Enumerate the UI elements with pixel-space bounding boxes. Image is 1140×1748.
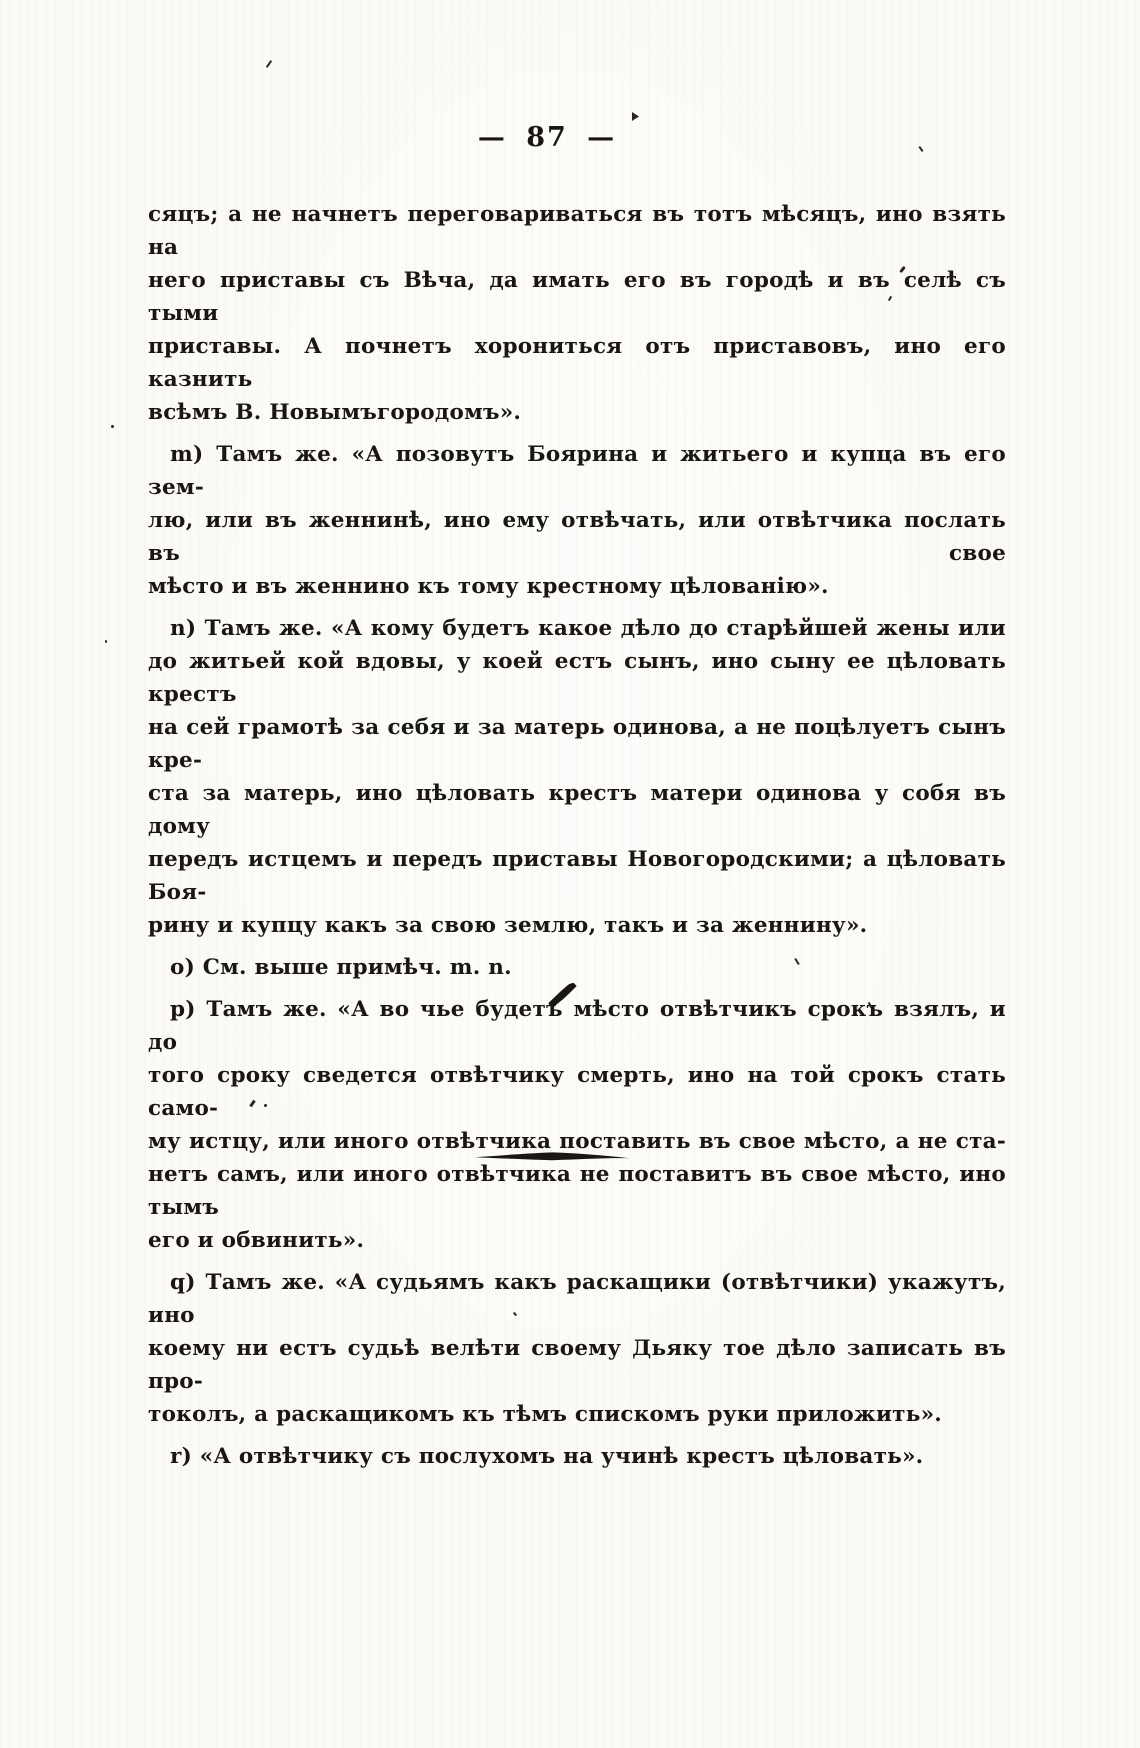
text-line: q) Тамъ же. «А судьямъ какъ раскащики (о… [148,1266,1006,1332]
paragraph-note-o: о) См. выше примѣч. m. n. [148,951,1006,984]
text-line: ста за матерь, ино цѣловать крестъ матер… [148,777,1006,843]
text-line: n) Тамъ же. «А кому будетъ какое дѣло до… [148,612,1006,645]
paragraph-note-r: r) «А отвѣтчику съ послухомъ на учинѣ кр… [148,1440,1006,1473]
text-line: токолъ, а раскащикомъ къ тѣмъ спискомъ р… [148,1398,1006,1431]
text-line: r) «А отвѣтчику съ послухомъ на учинѣ кр… [148,1440,1006,1473]
paragraph-note-n: n) Тамъ же. «А кому будетъ какое дѣло до… [148,612,1006,942]
text-line: лю, или въ женнинѣ, ино ему отвѣчать, ил… [148,504,1006,570]
text-line: нетъ самъ, или иного отвѣтчика не постав… [148,1158,1006,1224]
text-line: m) Тамъ же. «А позовутъ Боярина и житьег… [148,438,1006,504]
text-line: всѣмъ В. Новымъгородомъ». [148,396,1006,429]
text-line: на сей грамотѣ за себя и за матерь одино… [148,711,1006,777]
text-line: передъ истцемъ и передъ приставы Новогор… [148,843,1006,909]
text-line: p) Тамъ же. «А во чье будетъ мѣсто отвѣт… [148,993,1006,1059]
paragraph-note-m: m) Тамъ же. «А позовутъ Боярина и житьег… [148,438,1006,603]
section-divider-rule [475,1149,629,1165]
speck [264,1104,267,1107]
book-page: — 87 — сяцъ; а не начнетъ переговаривать… [0,0,1140,1748]
speck [918,146,923,152]
text-line: рину и купцу какъ за свою землю, такъ и … [148,909,1006,942]
text-block: сяцъ; а не начнетъ переговариваться въ т… [148,198,1006,1482]
text-line: него приставы съ Вѣча, да имать его въ г… [148,264,1006,330]
text-line: его и обвинить». [148,1224,1006,1257]
speck [266,60,272,68]
page-number: — 87 — [446,122,648,153]
paragraph-continuation: сяцъ; а не начнетъ переговариваться въ т… [148,198,1006,429]
text-line: того сроку сведется отвѣтчику смерть, ин… [148,1059,1006,1125]
text-line: до житьей кой вдовы, у коей естъ сынъ, и… [148,645,1006,711]
text-line: коему ни естъ судьѣ велѣти своему Дьяку … [148,1332,1006,1398]
text-line: сяцъ; а не начнетъ переговариваться въ т… [148,198,1006,264]
speck [632,112,639,121]
paragraph-note-p: p) Тамъ же. «А во чье будетъ мѣсто отвѣт… [148,993,1006,1257]
speck [111,425,114,428]
text-line: приставы. А почнетъ хорониться отъ прист… [148,330,1006,396]
text-line: мѣсто и въ женнино къ тому крестному цѣл… [148,570,1006,603]
speck [105,640,107,643]
paragraph-note-q: q) Тамъ же. «А судьямъ какъ раскащики (о… [148,1266,1006,1431]
text-line: о) См. выше примѣч. m. n. [148,951,1006,984]
